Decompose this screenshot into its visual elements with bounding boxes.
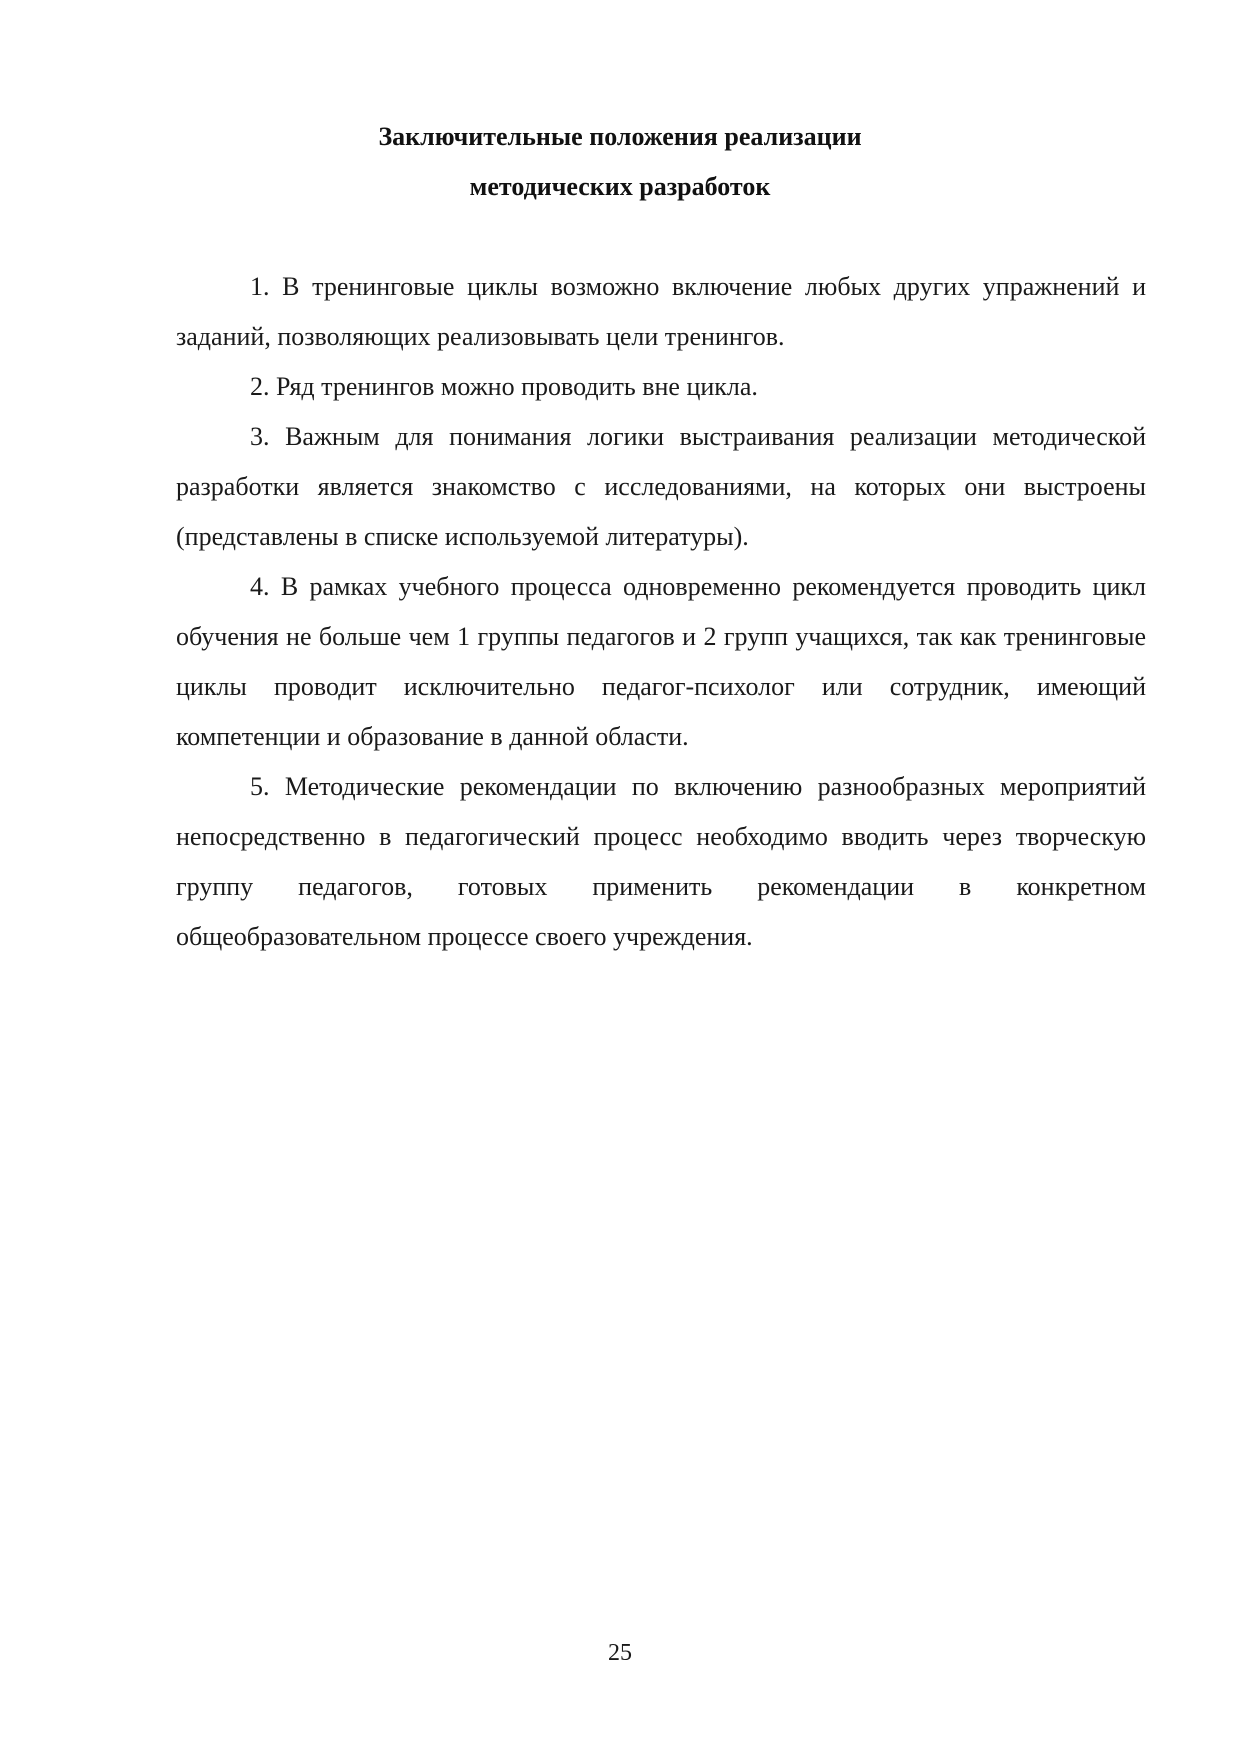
page-number: 25: [0, 1638, 1240, 1668]
section-title-line-2: методических разработок: [0, 162, 1240, 212]
document-page: Заключительные положения реализации мето…: [0, 0, 1240, 1754]
paragraph-1: 1. В тренинговые циклы возможно включени…: [176, 262, 1146, 362]
section-title-line-1: Заключительные положения реализации: [0, 112, 1240, 162]
paragraph-4: 4. В рамках учебного процесса одновремен…: [176, 562, 1146, 762]
paragraph-5: 5. Методические рекомендации по включени…: [176, 762, 1146, 962]
paragraph-2: 2. Ряд тренингов можно проводить вне цик…: [176, 362, 1146, 412]
document-body: 1. В тренинговые циклы возможно включени…: [176, 262, 1146, 962]
paragraph-3: 3. Важным для понимания логики выстраива…: [176, 412, 1146, 562]
